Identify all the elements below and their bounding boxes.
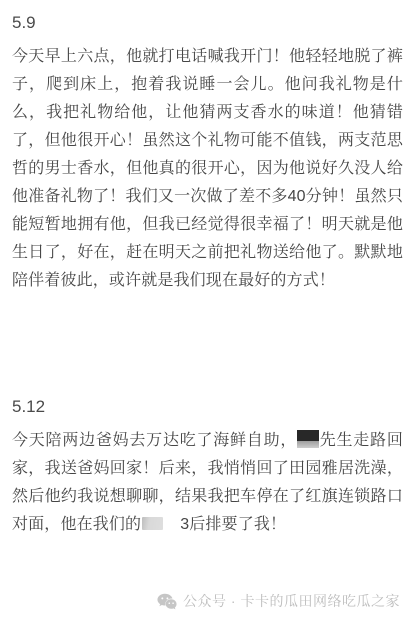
entry-text: 今天陪两边爸妈去万达吃了海鲜自助，先生走路回家，我送爸妈回家！后来，我悄悄回了田… bbox=[12, 427, 403, 539]
watermark: 公众号 · 卡卡的瓜田网络吃瓜之家 bbox=[10, 593, 403, 610]
redaction-block-light bbox=[142, 517, 163, 530]
wechat-icon bbox=[157, 593, 177, 610]
entry-date: 5.9 bbox=[12, 13, 403, 33]
diary-entry-2: 5.12 今天陪两边爸妈去万达吃了海鲜自助，先生走路回家，我送爸妈回家！后来，我… bbox=[10, 397, 403, 539]
redaction-block-dark bbox=[297, 430, 319, 448]
entry-text: 今天早上六点，他就打电话喊我开门！他轻轻地脱了裤子，爬到床上，抱着我说睡一会儿。… bbox=[12, 43, 403, 295]
diary-entry-1: 5.9 今天早上六点，他就打电话喊我开门！他轻轻地脱了裤子，爬到床上，抱着我说睡… bbox=[10, 13, 403, 295]
entry-text-segment: 今天陪两边爸妈去万达吃了海鲜自助， bbox=[12, 432, 297, 449]
diary-page: 5.9 今天早上六点，他就打电话喊我开门！他轻轻地脱了裤子，爬到床上，抱着我说睡… bbox=[0, 0, 413, 619]
entry-date: 5.12 bbox=[12, 397, 403, 417]
watermark-text: 公众号 · 卡卡的瓜田网络吃瓜之家 bbox=[183, 593, 400, 610]
entry-text-segment: 3后排要了我！ bbox=[180, 516, 286, 533]
